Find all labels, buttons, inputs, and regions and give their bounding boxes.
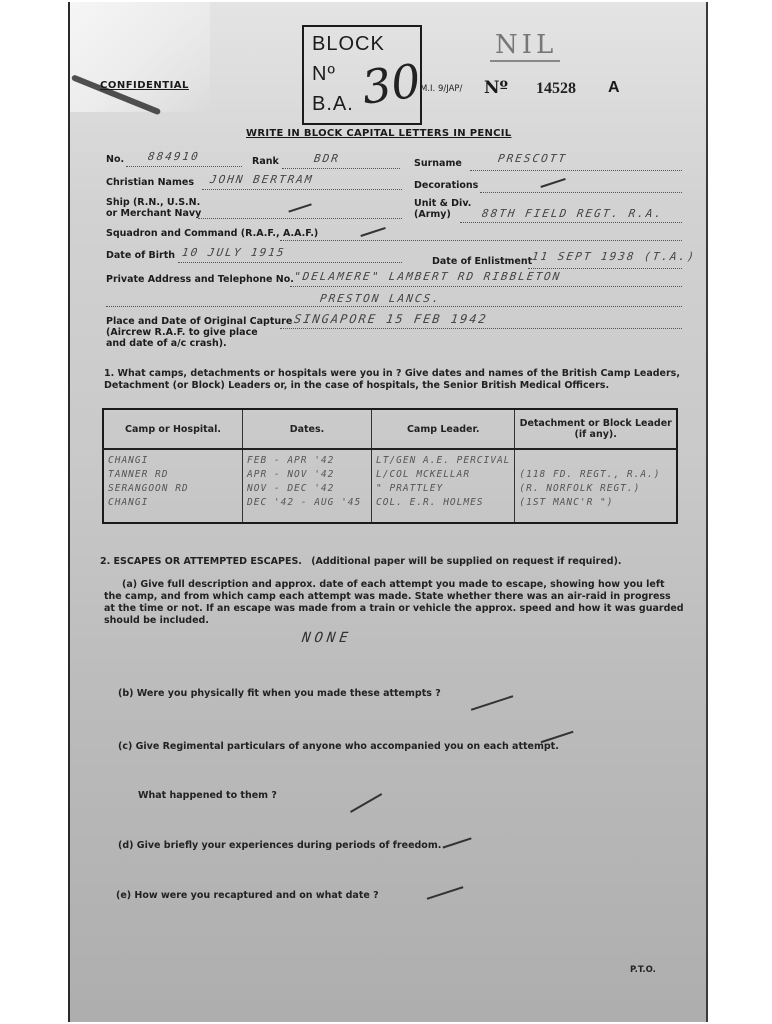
ship-label-line2: or Merchant Navy xyxy=(106,208,201,219)
nil-annotation: NIL xyxy=(495,30,557,60)
document-suffix: A xyxy=(608,79,620,97)
stamp-line-no: Nº xyxy=(312,63,336,86)
field-label-capture: Place and Date of Original Capture (Airc… xyxy=(106,316,292,349)
document-number: 14528 xyxy=(536,80,576,98)
header-dates: Dates. xyxy=(243,409,372,449)
table-cell-dates: DEC '42 - AUG '45 xyxy=(247,496,367,510)
dates-column: FEB - APR '42 APR - NOV '42 NOV - DEC '4… xyxy=(243,449,372,523)
detachment-column: (118 FD. REGT., R.A.) (R. NORFOLK REGT.)… xyxy=(515,449,677,523)
answer-2d-dash xyxy=(443,837,472,848)
section2-heading-note: (Additional paper will be supplied on re… xyxy=(311,556,621,567)
field-value-address-line2: PRESTON LANCS. xyxy=(319,292,442,305)
decorations-nil-dash xyxy=(540,178,565,187)
field-label-no: No. xyxy=(106,154,124,165)
stamp-line-block: BLOCK xyxy=(312,33,385,56)
capture-label-line3: and date of a/c crash). xyxy=(106,338,292,349)
table-cell-dates: NOV - DEC '42 xyxy=(247,482,367,496)
table-cell-leader: " PRATTLEY xyxy=(376,482,510,496)
capture-label-line1: Place and Date of Original Capture xyxy=(106,316,292,327)
field-value-address-line1: "DELAMERE" LAMBERT RD RIBBLETON xyxy=(293,270,562,283)
header-detachment-leader: Detachment or Block Leader (if any). xyxy=(515,409,677,449)
ship-nil-dash xyxy=(288,203,311,212)
question-2c: (c) Give Regimental particulars of anyon… xyxy=(118,741,559,753)
field-label-date-of-birth: Date of Birth xyxy=(106,250,175,261)
answer-2b-dash xyxy=(471,695,513,710)
table-cell-camp: CHANGI xyxy=(108,454,238,468)
leader-column: LT/GEN A.E. PERCIVAL L/COL MCKELLAR " PR… xyxy=(372,449,515,523)
field-label-christian-names: Christian Names xyxy=(106,177,194,188)
reference-prefix: M.I. 9/JAP/ xyxy=(420,84,462,94)
field-label-decorations: Decorations xyxy=(414,180,478,191)
table-cell-leader: LT/GEN A.E. PERCIVAL xyxy=(376,454,510,468)
camps-table-body: CHANGI TANNER RD SERANGOON RD CHANGI FEB… xyxy=(103,449,677,523)
folded-corner xyxy=(70,2,210,112)
form-instruction: WRITE IN BLOCK CAPITAL LETTERS IN PENCIL xyxy=(246,128,511,139)
field-label-squadron: Squadron and Command (R.A.F., A.A.F.) xyxy=(106,228,318,239)
field-label-surname: Surname xyxy=(414,158,462,169)
table-cell-detachment: (R. NORFOLK REGT.) xyxy=(519,482,672,496)
stamp-handwritten-number: 30 xyxy=(359,53,424,115)
field-value-surname: PRESCOTT xyxy=(497,152,568,165)
question-2b: (b) Were you physically fit when you mad… xyxy=(118,688,441,700)
please-turn-over: P.T.O. xyxy=(630,964,656,976)
table-cell-camp: SERANGOON RD xyxy=(108,482,238,496)
block-stamp: BLOCK Nº B.A. 30 xyxy=(302,25,422,125)
camps-table-header: Camp or Hospital. Dates. Camp Leader. De… xyxy=(103,409,677,449)
field-value-christian-names: JOHN BERTRAM xyxy=(209,173,314,186)
answer-2c-followup-dash xyxy=(350,793,382,812)
section1-question: 1. What camps, detachments or hospitals … xyxy=(104,368,684,392)
camps-table: Camp or Hospital. Dates. Camp Leader. De… xyxy=(102,408,678,524)
table-cell-dates: FEB - APR '42 xyxy=(247,454,367,468)
field-value-date-of-birth: 10 JULY 1915 xyxy=(181,246,286,259)
field-label-ship: Ship (R.N., U.S.N. or Merchant Navy xyxy=(106,197,201,219)
table-cell-camp: TANNER RD xyxy=(108,468,238,482)
unit-label-line2: (Army) xyxy=(414,209,471,220)
table-cell-dates: APR - NOV '42 xyxy=(247,468,367,482)
field-label-rank: Rank xyxy=(252,156,279,167)
table-cell-camp: CHANGI xyxy=(108,496,238,510)
question-2d: (d) Give briefly your experiences during… xyxy=(118,840,441,852)
classification-label: CONFIDENTIAL xyxy=(100,80,189,91)
ship-label-line1: Ship (R.N., U.S.N. xyxy=(106,197,201,208)
document-page: CONFIDENTIAL BLOCK Nº B.A. 30 NIL M.I. 9… xyxy=(68,2,708,1022)
field-label-unit: Unit & Div. (Army) xyxy=(414,198,471,220)
table-cell-detachment: (1ST MANC'R ") xyxy=(519,496,672,510)
question-2a: (a) Give full description and approx. da… xyxy=(104,579,684,627)
table-cell-leader: L/COL MCKELLAR xyxy=(376,468,510,482)
section2-heading-wrap: 2. ESCAPES OR ATTEMPTED ESCAPES. (Additi… xyxy=(100,556,622,568)
nil-underline xyxy=(490,60,560,62)
camp-column: CHANGI TANNER RD SERANGOON RD CHANGI xyxy=(103,449,243,523)
field-value-capture: SINGAPORE 15 FEB 1942 xyxy=(293,312,489,326)
squadron-nil-dash xyxy=(360,227,385,236)
stamp-line-ba: B.A. xyxy=(312,93,354,116)
answer-2e-dash xyxy=(427,886,464,899)
number-label: Nº xyxy=(484,78,508,98)
header-camp-leader: Camp Leader. xyxy=(372,409,515,449)
answer-2a: NONE xyxy=(301,630,353,646)
field-label-date-of-enlistment: Date of Enlistment xyxy=(432,256,532,267)
field-value-unit: 88TH FIELD REGT. R.A. xyxy=(481,207,664,220)
table-cell-detachment: (118 FD. REGT., R.A.) xyxy=(519,468,672,482)
capture-label-line2: (Aircrew R.A.F. to give place xyxy=(106,327,292,338)
unit-label-line1: Unit & Div. xyxy=(414,198,471,209)
field-value-rank: BDR xyxy=(313,152,341,165)
table-cell-leader: COL. E.R. HOLMES xyxy=(376,496,510,510)
field-value-date-of-enlistment: 11 SEPT 1938 (T.A.) xyxy=(531,250,697,263)
field-label-address: Private Address and Telephone No. xyxy=(106,274,294,285)
question-2e: (e) How were you recaptured and on what … xyxy=(116,890,379,902)
question-2c-followup: What happened to them ? xyxy=(138,790,277,802)
table-cell-detachment xyxy=(519,454,672,468)
section2-heading: 2. ESCAPES OR ATTEMPTED ESCAPES. xyxy=(100,556,302,567)
header-camp: Camp or Hospital. xyxy=(103,409,243,449)
field-value-no: 884910 xyxy=(147,150,201,163)
